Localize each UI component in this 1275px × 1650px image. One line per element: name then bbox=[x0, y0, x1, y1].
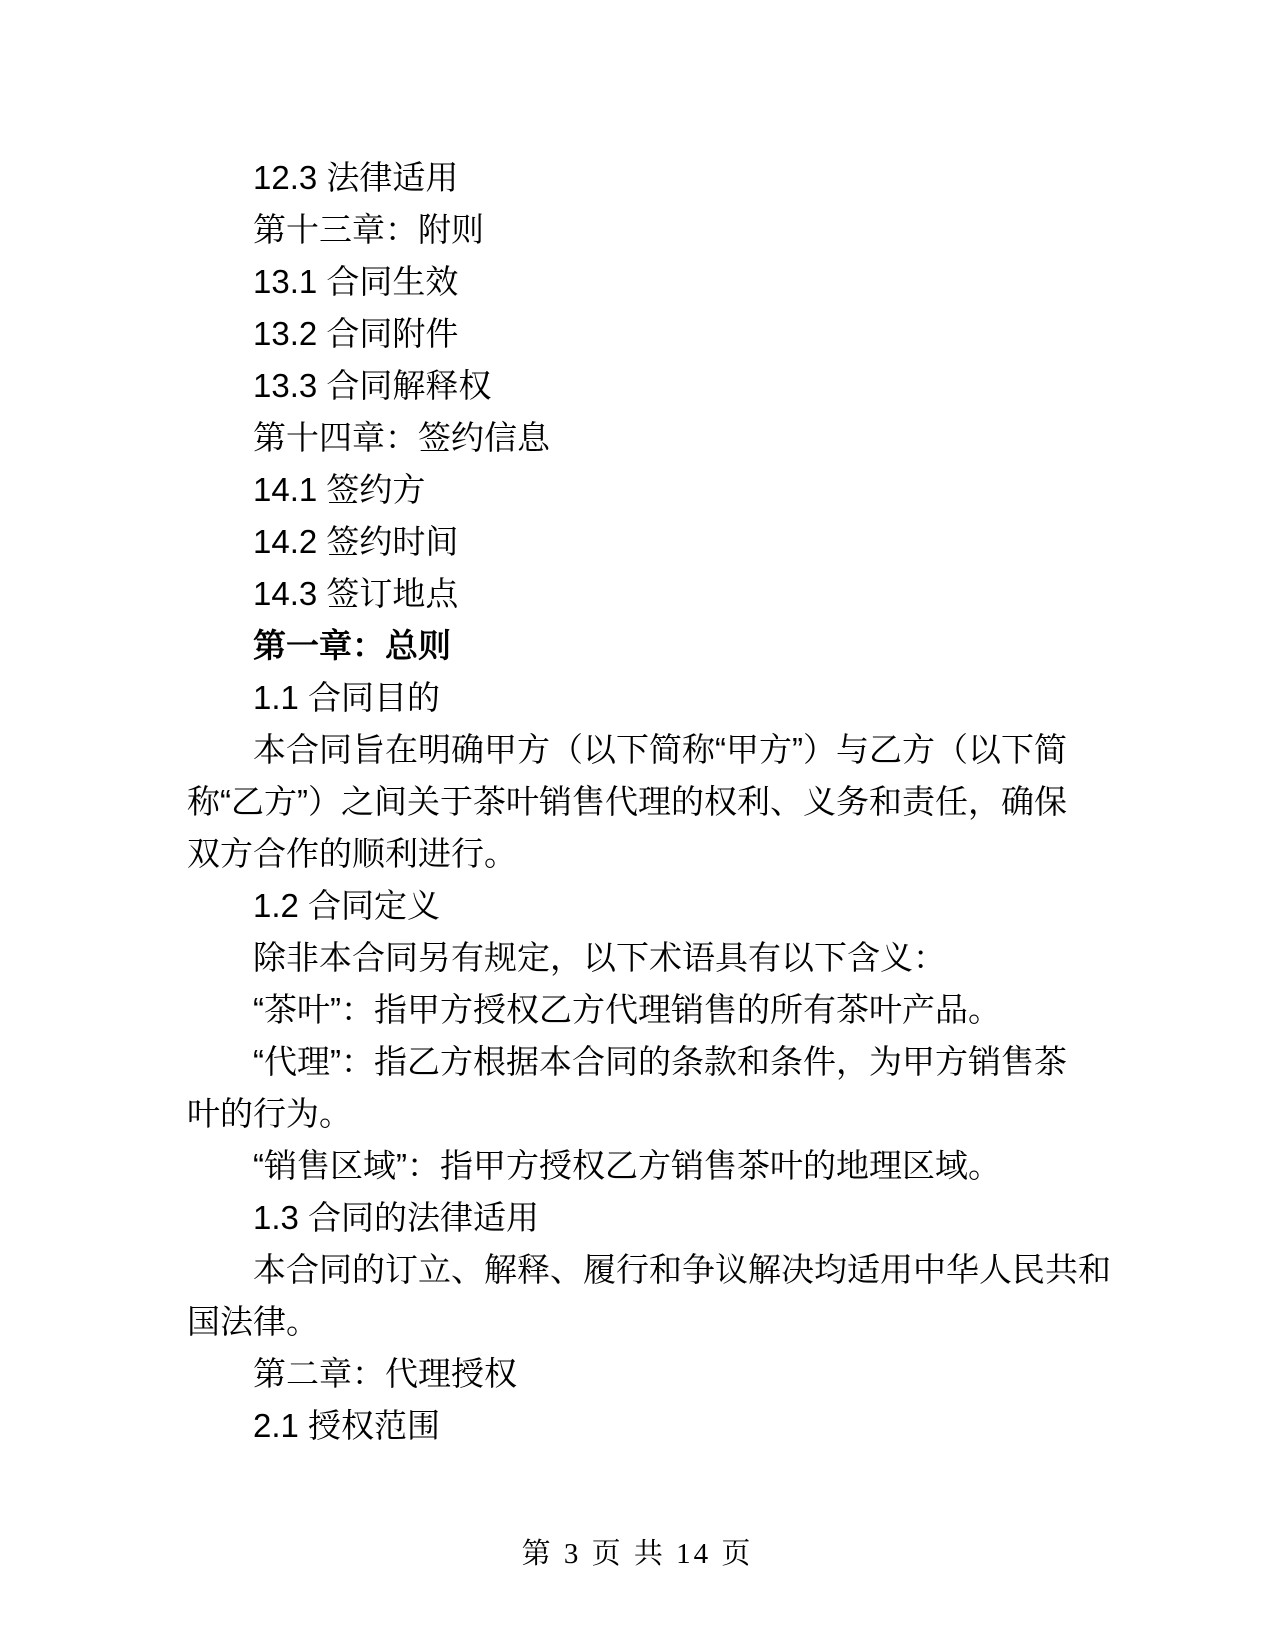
section-1-3-heading: 1.3 合同的法律适用 bbox=[187, 1192, 1127, 1244]
paragraph-line: 本合同的订立、解释、履行和争议解决均适用中华人民共和 bbox=[187, 1244, 1127, 1296]
definition-line-agency: “代理”：指乙方根据本合同的条款和条件，为甲方销售茶 bbox=[187, 1036, 1127, 1088]
paragraph-line: 本合同旨在明确甲方（以下简称“甲方”）与乙方（以下简 bbox=[187, 724, 1127, 776]
page-number-footer: 第 3 页 共 14 页 bbox=[0, 1533, 1275, 1575]
toc-item-14-1: 14.1 签约方 bbox=[187, 464, 1127, 516]
toc-item-13-2: 13.2 合同附件 bbox=[187, 308, 1127, 360]
section-1-1-heading: 1.1 合同目的 bbox=[187, 672, 1127, 724]
definition-line-tea: “茶叶”：指甲方授权乙方代理销售的所有茶叶产品。 bbox=[187, 984, 1127, 1036]
definition-line-territory: “销售区域”：指甲方授权乙方销售茶叶的地理区域。 bbox=[187, 1140, 1127, 1192]
toc-item-14-2: 14.2 签约时间 bbox=[187, 516, 1127, 568]
chapter-1-heading: 第一章：总则 bbox=[187, 620, 1127, 672]
chapter-2-heading: 第二章：代理授权 bbox=[187, 1348, 1127, 1400]
toc-item-chapter-13: 第十三章：附则 bbox=[187, 204, 1127, 256]
paragraph-line: 双方合作的顺利进行。 bbox=[187, 828, 1127, 880]
toc-item-13-3: 13.3 合同解释权 bbox=[187, 360, 1127, 412]
toc-item-chapter-14: 第十四章：签约信息 bbox=[187, 412, 1127, 464]
toc-item-14-3: 14.3 签订地点 bbox=[187, 568, 1127, 620]
definition-line-agency-cont: 叶的行为。 bbox=[187, 1088, 1127, 1140]
section-1-2-heading: 1.2 合同定义 bbox=[187, 880, 1127, 932]
section-2-1-heading: 2.1 授权范围 bbox=[187, 1400, 1127, 1452]
paragraph-line: 除非本合同另有规定，以下术语具有以下含义： bbox=[187, 932, 1127, 984]
toc-item-12-3: 12.3 法律适用 bbox=[187, 152, 1127, 204]
document-body: 12.3 法律适用 第十三章：附则 13.1 合同生效 13.2 合同附件 13… bbox=[187, 152, 1127, 1452]
paragraph-line: 国法律。 bbox=[187, 1296, 1127, 1348]
paragraph-line: 称“乙方”）之间关于茶叶销售代理的权利、义务和责任，确保 bbox=[187, 776, 1127, 828]
toc-item-13-1: 13.1 合同生效 bbox=[187, 256, 1127, 308]
